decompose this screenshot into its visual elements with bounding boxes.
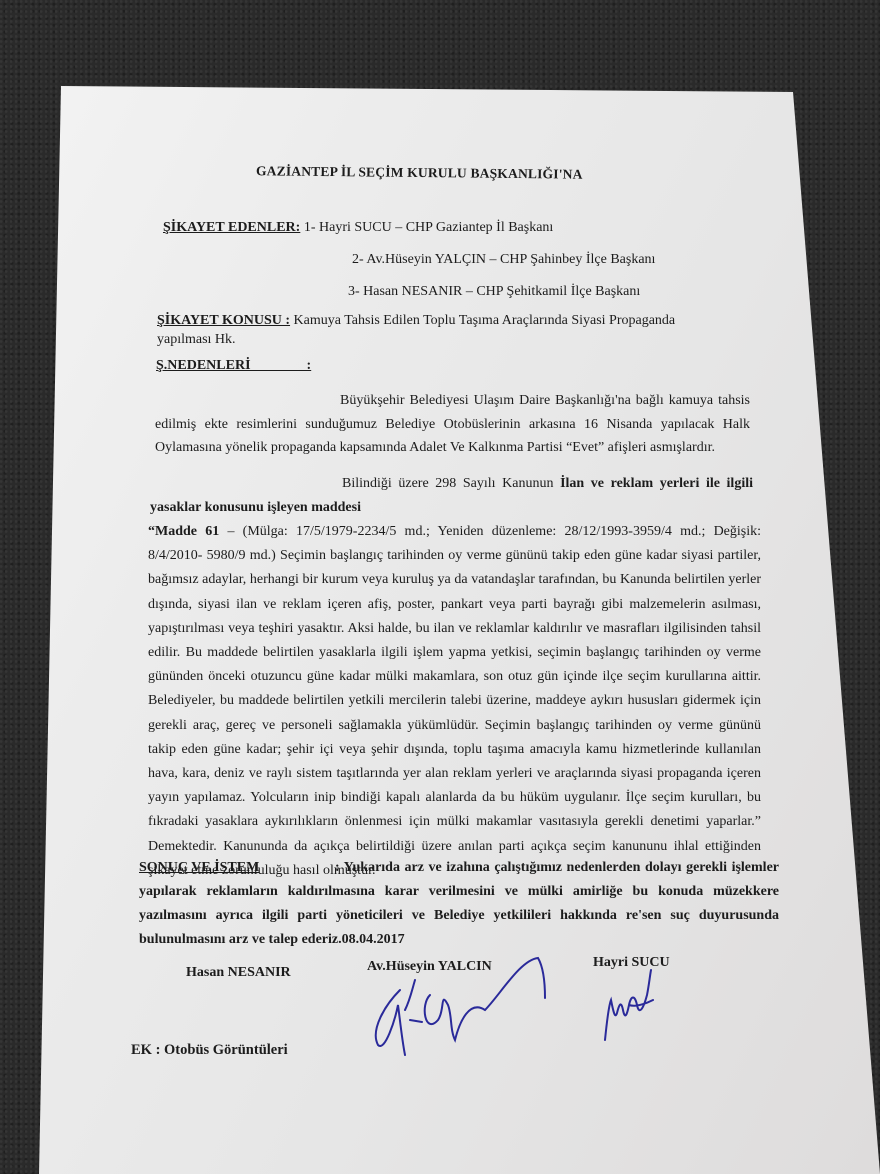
reasons-paragraph-1: Büyükşehir Belediyesi Ulaşım Daire Başka… (155, 389, 750, 460)
signatory-hasan-nesanir: Hasan NESANIR (186, 965, 291, 981)
subject-text: Kamuya Tahsis Edilen Toplu Taşıma Araçla… (290, 313, 675, 328)
document-content: GAZİANTEP İL SEÇİM KURULU BAŞKANLIĞI'NA … (0, 0, 880, 1174)
article-text: – (Mülga: 17/5/1979-2234/5 md.; Yeniden … (148, 524, 761, 878)
complainant-3: 3- Hasan NESANIR – CHP Şehitkamil İlçe B… (348, 284, 640, 300)
reasons-paragraph-2: Bilindiği üzere 298 Sayılı Kanunun İlan … (150, 472, 753, 519)
article-heading: “Madde 61 (148, 524, 219, 539)
complainant-1: 1- Hayri SUCU – CHP Gaziantep İl Başkanı (304, 220, 554, 235)
law-article-61: “Madde 61 – (Mülga: 17/5/1979-2234/5 md.… (148, 520, 761, 883)
conclusion-label: SONUÇ VE İSTEM (139, 856, 335, 880)
complainants-row: ŞİKAYET EDENLER: 1- Hayri SUCU – CHP Gaz… (163, 220, 553, 236)
signature-yalcin-icon (360, 950, 560, 1060)
signature-sucu-icon (595, 965, 665, 1050)
reasons-label: Ş.NEDENLERİ : (156, 358, 311, 374)
complainant-2: 2- Av.Hüseyin YALÇIN – CHP Şahinbey İlçe… (352, 252, 655, 268)
subject-text-line2: yapılması Hk. (157, 332, 236, 348)
subject-row: ŞİKAYET KONUSU : Kamuya Tahsis Edilen To… (157, 313, 675, 329)
document-title: GAZİANTEP İL SEÇİM KURULU BAŞKANLIĞI'NA (256, 163, 583, 182)
complainants-label: ŞİKAYET EDENLER: (163, 220, 300, 235)
subject-label: ŞİKAYET KONUSU : (157, 313, 290, 328)
paragraph-2-text: Bilindiği üzere 298 Sayılı Kanunun (342, 476, 560, 491)
attachment-note: EK : Otobüs Görüntüleri (131, 1042, 288, 1059)
conclusion-paragraph: SONUÇ VE İSTEM: Yukarıda arz ve izahına … (139, 856, 779, 952)
